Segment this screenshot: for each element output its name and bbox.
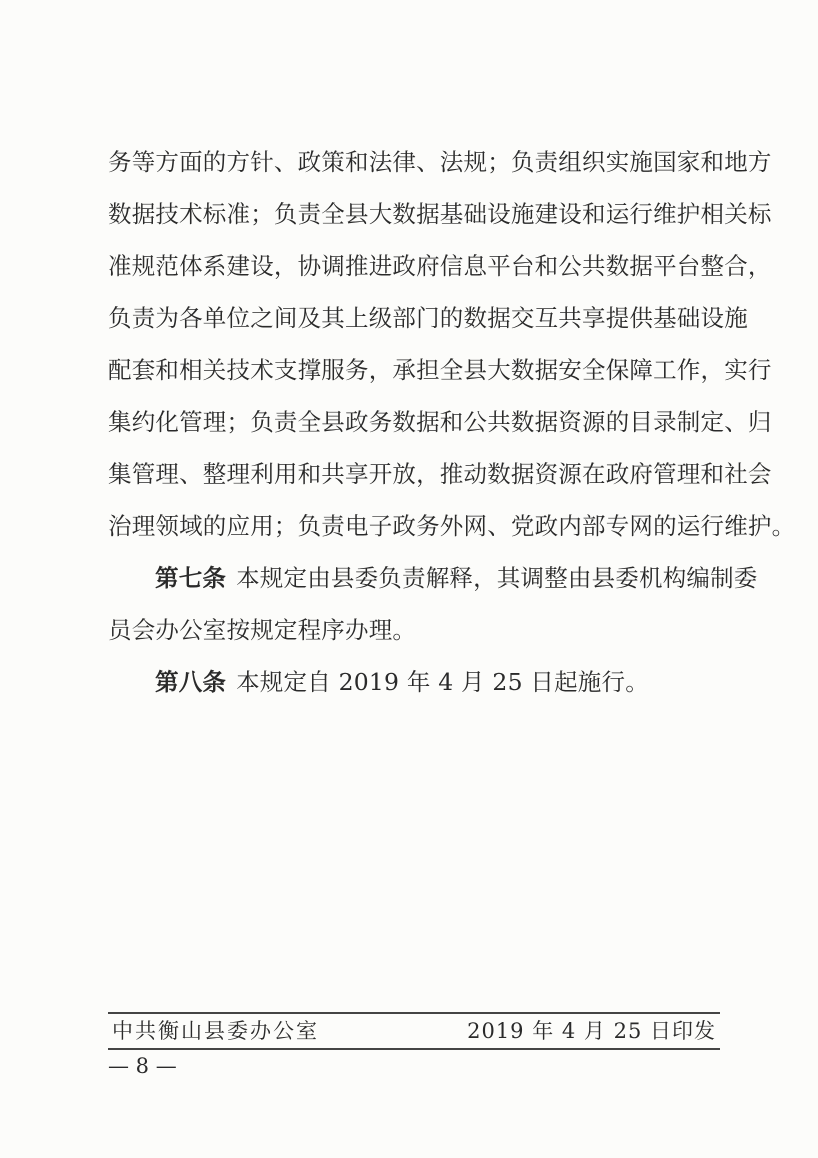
body-line: 负责为各单位之间及其上级部门的数据交互共享提供基础设施 [108, 292, 720, 344]
footer-row: 中共衡山县委办公室 2019 年 4 月 25 日印发 [112, 1016, 716, 1046]
body-line: 集约化管理；负责全县政务数据和公共数据资源的目录制定、归 [108, 396, 720, 448]
page-number: — 8 — [108, 1052, 177, 1080]
body-line: 务等方面的方针、政策和法律、法规；负责组织实施国家和地方 [108, 136, 720, 188]
article-7-line-1: 第七条本规定由县委负责解释，其调整由县委机构编制委 [108, 552, 720, 604]
article-8-text: 本规定自 2019 年 4 月 25 日起施行。 [236, 668, 649, 696]
article-8: 第八条本规定自 2019 年 4 月 25 日起施行。 [108, 656, 720, 708]
body-text: 务等方面的方针、政策和法律、法规；负责组织实施国家和地方 数据技术标准；负责全县… [108, 136, 720, 708]
document-page: 务等方面的方针、政策和法律、法规；负责组织实施国家和地方 数据技术标准；负责全县… [0, 0, 818, 1158]
body-line: 集管理、整理利用和共享开放，推动数据资源在政府管理和社会 [108, 448, 720, 500]
body-line: 治理领域的应用；负责电子政务外网、党政内部专网的运行维护。 [108, 500, 720, 552]
article-8-number: 第八条 [155, 668, 226, 696]
article-7-number: 第七条 [155, 564, 226, 592]
body-line: 数据技术标准；负责全县大数据基础设施建设和运行维护相关标 [108, 188, 720, 240]
footer-top-rule [108, 1012, 720, 1014]
body-line: 配套和相关技术支撑服务，承担全县大数据安全保障工作，实行 [108, 344, 720, 396]
article-7-line-2: 员会办公室按规定程序办理。 [108, 604, 720, 656]
body-line: 准规范体系建设，协调推进政府信息平台和公共数据平台整合， [108, 240, 720, 292]
issue-date: 2019 年 4 月 25 日印发 [467, 1016, 716, 1046]
issuer: 中共衡山县委办公室 [112, 1016, 319, 1046]
footer-bottom-rule [108, 1048, 720, 1050]
article-7-text: 本规定由县委负责解释，其调整由县委机构编制委 [236, 564, 757, 592]
